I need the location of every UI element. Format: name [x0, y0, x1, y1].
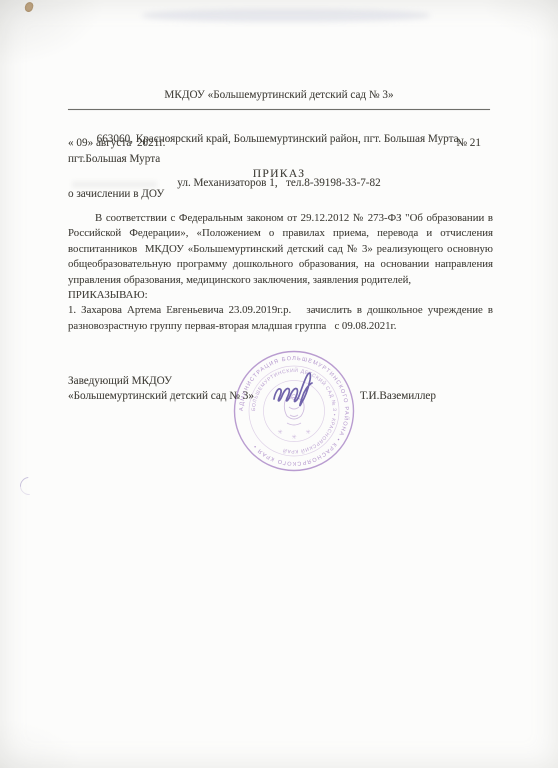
letterhead-org-name: МКДОУ «Большемуртинский детский сад № 3»	[0, 88, 558, 103]
svg-text:✳: ✳	[305, 429, 310, 436]
order-item: 1. Захарова Артема Евгеньевича 23.09.201…	[68, 303, 493, 318]
signatory-position-line1: Заведующий МКДОУ	[68, 374, 172, 389]
signatory-name: Т.И.Ваземиллер	[360, 389, 436, 404]
stamp-middle-ring	[249, 366, 339, 456]
svg-text:✳: ✳	[277, 429, 282, 436]
body-line: управления образования, медицинского зак…	[68, 273, 493, 288]
document-date: « 09» августа 2021г.	[68, 136, 165, 151]
official-stamp: АДМИНИСТРАЦИЯ БОЛЬШЕМУРТИНСКОГО РАЙОНА •…	[232, 349, 356, 473]
handwritten-signature	[274, 373, 312, 406]
svg-text:✳: ✳	[291, 434, 296, 441]
document-subject: о зачислении в ДОУ	[68, 187, 164, 202]
document-title: ПРИКАЗ	[0, 167, 558, 182]
order-item-continued: разновозрастную группу первая-вторая мла…	[68, 319, 493, 334]
signatory-position-line2: «Большемуртинский детский сад № 3»	[68, 389, 254, 404]
stamp-svg: АДМИНИСТРАЦИЯ БОЛЬШЕМУРТИНСКОГО РАЙОНА •…	[232, 349, 356, 473]
order-body: В соответствии с Федеральным законом от …	[68, 211, 493, 334]
scan-crescent-artifact	[16, 473, 41, 498]
scan-speck-artifact	[24, 1, 34, 13]
stamp-inner-text: БОЛЬШЕМУРТИНСКИЙ ДЕТСКИЙ САД № 3 • КРАСН…	[251, 366, 337, 455]
body-line: Российской Федерации», «Положением о пра…	[68, 226, 493, 241]
scan-smudge-artifact	[142, 9, 430, 22]
letterhead-divider	[68, 109, 490, 110]
prikaz-label: ПРИКАЗЫВАЮ:	[68, 288, 493, 303]
body-line: В соответствии с Федеральным законом от …	[68, 211, 493, 226]
document-place: пгт.Большая Мурта	[68, 152, 160, 167]
document-number: № 21	[456, 136, 481, 151]
body-line: воспитанников МКДОУ «Большемуртинский де…	[68, 242, 493, 257]
meta-row: « 09» августа 2021г. № 21	[68, 136, 492, 151]
body-line: общеобразовательную программу дошкольног…	[68, 257, 493, 272]
scanned-document-page: МКДОУ «Большемуртинский детский сад № 3»…	[0, 0, 558, 768]
